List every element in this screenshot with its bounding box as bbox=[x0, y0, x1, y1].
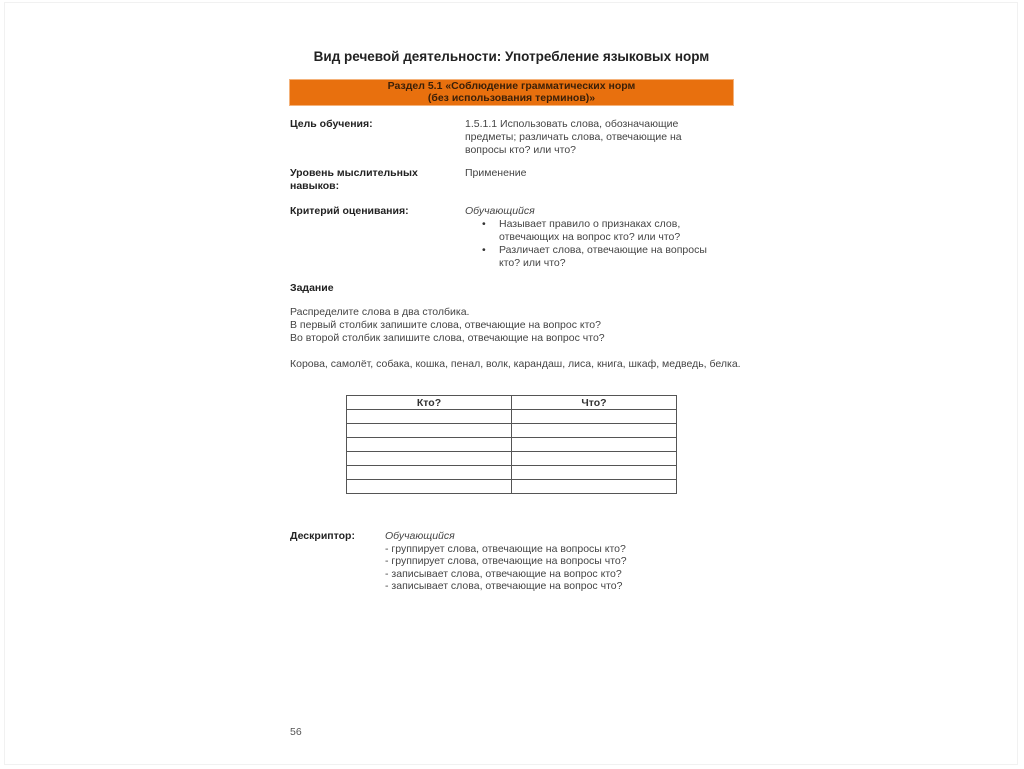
descriptor-label: Дескриптор: bbox=[290, 530, 355, 542]
section-title-line-2: (без использования терминов)» bbox=[290, 93, 733, 105]
cell-what bbox=[512, 424, 677, 438]
cell-what bbox=[512, 466, 677, 480]
goal-label: Цель обучения: bbox=[290, 118, 373, 131]
table-row bbox=[347, 466, 677, 480]
task-instructions: Распределите слова в два столбика. В пер… bbox=[290, 306, 740, 345]
column-header-what: Что? bbox=[512, 396, 677, 410]
descriptor-item: - группирует слова, отвечающие на вопрос… bbox=[385, 555, 627, 568]
column-header-who: Кто? bbox=[347, 396, 512, 410]
descriptor-item: - записывает слова, отвечающие на вопрос… bbox=[385, 580, 627, 593]
task-instruction-line: Распределите слова в два столбика. bbox=[290, 306, 740, 319]
descriptor-subject: Обучающийся bbox=[385, 530, 627, 543]
cell-what bbox=[512, 480, 677, 494]
cell-who bbox=[347, 452, 512, 466]
table-row bbox=[347, 438, 677, 452]
table-row bbox=[347, 410, 677, 424]
section-header: Раздел 5.1 «Соблюдение грамматических но… bbox=[289, 79, 734, 106]
descriptor-item: - записывает слова, отвечающие на вопрос… bbox=[385, 568, 627, 581]
page-number: 56 bbox=[290, 726, 302, 738]
cell-who bbox=[347, 410, 512, 424]
task-instruction-line: Во второй столбик запишите слова, отвеча… bbox=[290, 332, 740, 345]
descriptor-body: Обучающийся - группирует слова, отвечающ… bbox=[385, 530, 627, 593]
criteria-item: Называет правило о признаках слов, отвеч… bbox=[499, 218, 730, 244]
cell-who bbox=[347, 466, 512, 480]
page-title: Вид речевой деятельности: Употребление я… bbox=[289, 49, 734, 64]
thinking-level-value: Применение bbox=[465, 167, 735, 180]
goal-value: 1.5.1.1 Использовать слова, обозначающие… bbox=[465, 118, 715, 157]
task-heading: Задание bbox=[290, 282, 334, 294]
criteria-label: Критерий оценивания: bbox=[290, 205, 409, 218]
table-row bbox=[347, 452, 677, 466]
descriptor-item: - группирует слова, отвечающие на вопрос… bbox=[385, 543, 627, 556]
page-frame bbox=[4, 2, 1018, 765]
answer-table: Кто? Что? bbox=[346, 395, 677, 494]
criteria-value: Обучающийся Называет правило о признаках… bbox=[465, 205, 730, 270]
table-header-row: Кто? Что? bbox=[347, 396, 677, 410]
word-list: Корова, самолёт, собака, кошка, пенал, в… bbox=[290, 357, 745, 372]
thinking-level-label: Уровень мыслительных навыков: bbox=[290, 167, 440, 193]
criteria-subject: Обучающийся bbox=[465, 205, 730, 218]
cell-who bbox=[347, 424, 512, 438]
task-instruction-line: В первый столбик запишите слова, отвечаю… bbox=[290, 319, 740, 332]
cell-what bbox=[512, 438, 677, 452]
cell-who bbox=[347, 438, 512, 452]
cell-what bbox=[512, 410, 677, 424]
table-row bbox=[347, 424, 677, 438]
criteria-list: Называет правило о признаках слов, отвеч… bbox=[465, 218, 730, 270]
cell-what bbox=[512, 452, 677, 466]
table-row bbox=[347, 480, 677, 494]
criteria-item: Различает слова, отвечающие на вопросы к… bbox=[499, 244, 730, 270]
cell-who bbox=[347, 480, 512, 494]
section-title-line-1: Раздел 5.1 «Соблюдение грамматических но… bbox=[290, 81, 733, 93]
